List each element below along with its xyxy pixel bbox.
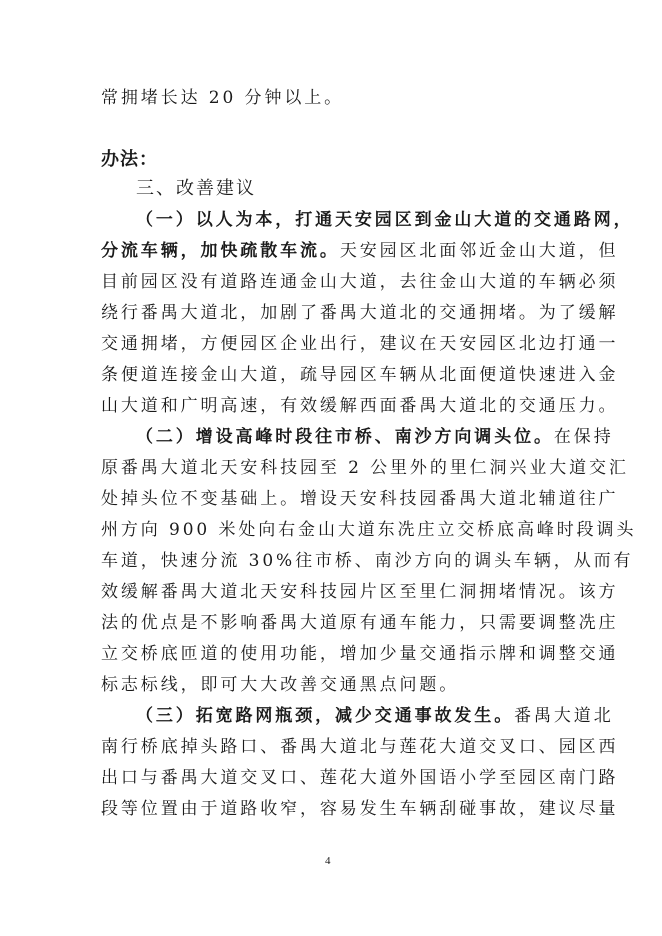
body-text: 天安园区北面邻近金山大道，但 (340, 241, 619, 261)
body-line: 交通拥堵，方便园区企业出行，建议在天安园区北边打通一 (101, 334, 558, 354)
body-line: （二）增设高峰时段往市桥、南沙方向调头位。在保持 (136, 427, 558, 447)
body-line: 段等位置由于道路收窄，容易发生车辆刮碰事故，建议尽量 (101, 799, 558, 819)
body-line: 车道，快速分流 30%往市桥、南沙方向的调头车辆，从而有 (101, 551, 558, 571)
paragraph-1-title-cont: 分流车辆，加快疏散车流。 (101, 241, 340, 261)
body-text: 在保持 (554, 427, 614, 447)
body-line: 立交桥底匝道的使用功能，增加少量交通指示牌和调整交通 (101, 644, 558, 664)
body-line: （三）拓宽路网瓶颈，减少交通事故发生。番禺大道北 (136, 706, 558, 726)
body-line: 条便道连接金山大道，疏导园区车辆从北面便道快速进入金 (101, 365, 558, 385)
paragraph-3-title: （三）拓宽路网瓶颈，减少交通事故发生。 (136, 706, 514, 726)
body-line: 南行桥底掉头路口、番禺大道北与莲花大道交叉口、园区西 (101, 737, 558, 757)
body-line: 出口与番禺大道交叉口、莲花大道外国语小学至园区南门路 (101, 768, 558, 788)
body-line: 绕行番禺大道北，加剧了番禺大道北的交通拥堵。为了缓解 (101, 303, 558, 323)
body-line: 处掉头位不变基础上。增设天安科技园番禺大道北辅道往广 (101, 489, 558, 509)
methods-heading: 办法： (101, 150, 558, 170)
page-number: 4 (325, 855, 331, 867)
body-line: 分流车辆，加快疏散车流。天安园区北面邻近金山大道，但 (101, 241, 558, 261)
paragraph-2-title: （二）增设高峰时段往市桥、南沙方向调头位。 (136, 427, 554, 447)
paragraph-1-title: （一）以人为本，打通天安园区到金山大道的交通路网， (136, 210, 558, 230)
body-line: 标志标线，即可大大改善交通黑点问题。 (101, 675, 558, 695)
body-line: 效缓解番禺大道北天安科技园片区至里仁洞拥堵情况。该方 (101, 582, 558, 602)
body-line: 山大道和广明高速，有效缓解西面番禺大道北的交通压力。 (101, 396, 558, 416)
body-line: 州方向 900 米处向右金山大道东冼庄立交桥底高峰时段调头 (101, 520, 558, 540)
document-page: 常拥堵长达 20 分钟以上。 办法： 三、改善建议 （一）以人为本，打通天安园区… (0, 0, 662, 936)
body-line: 法的优点是不影响番禺大道原有通车能力，只需要调整冼庄 (101, 613, 558, 633)
body-line: 常拥堵长达 20 分钟以上。 (101, 88, 558, 108)
section-title: 三、改善建议 (136, 179, 558, 199)
body-line: 原番禺大道北天安科技园至 2 公里外的里仁洞兴业大道交汇 (101, 458, 558, 478)
body-line: 目前园区没有道路连通金山大道，去往金山大道的车辆必须 (101, 272, 558, 292)
body-text: 番禺大道北 (514, 706, 614, 726)
